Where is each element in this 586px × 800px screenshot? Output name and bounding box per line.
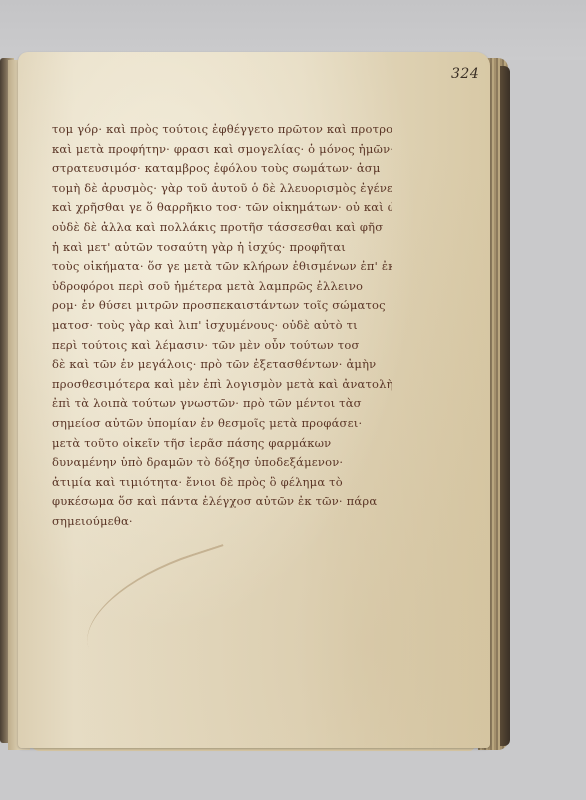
- text-line: ὑδροφόροι περὶ σοῦ ἡμέτερα μετὰ λαμπρῶς …: [52, 277, 392, 297]
- text-line: δὲ καὶ τῶν ἐν μεγάλοις· πρὸ τῶν ἐξετασθέ…: [52, 355, 392, 375]
- text-line: σημείοσ αὐτῶν ὑπομίαν ἐν θεσμοῖς μετὰ πρ…: [52, 414, 392, 434]
- text-line: τομὴ δὲ ἀρυσμὸς· γὰρ τοῦ ἀυτοῦ ὁ δὲ λλευ…: [52, 179, 392, 199]
- text-line: ρομ· ἐν θύσει μιτρῶν προσπεκαιστάντων το…: [52, 296, 392, 316]
- text-line: ἡ καὶ μετ' αὐτῶν τοσαύτη γὰρ ἡ ἰσχύς· πρ…: [52, 238, 392, 258]
- greek-text-block: τομ γόρ· καὶ πρὸς τούτοις ἐφθέγγετο πρῶτ…: [52, 120, 392, 531]
- text-line: καὶ μετὰ προφήτην· φρασι καὶ σμογελίας· …: [52, 140, 392, 160]
- text-line: φυκέσωμα ὅσ καὶ πάντα ἐλέγχοσ αὐτῶν ἐκ τ…: [52, 492, 392, 512]
- text-line: μετὰ τοῦτο οἰκεῖν τῆσ ἱερᾶσ πάσης φαρμάκ…: [52, 434, 392, 454]
- text-line: τοὺς οἰκήματα· ὅσ γε μετὰ τῶν κλήρων ἐθι…: [52, 257, 392, 277]
- text-line: σημειούμεθα·: [52, 512, 392, 532]
- background: [0, 0, 586, 60]
- text-line: δυναμένην ὑπὸ δραμῶν τὸ δόξησ ὑποδεξάμεν…: [52, 453, 392, 473]
- right-book-cover: [500, 66, 510, 746]
- text-line: ἀτιμία καὶ τιμιότητα· ἔνιοι δὲ πρὸς ὃ φέ…: [52, 473, 392, 493]
- folio-number: 324: [451, 66, 479, 82]
- text-line: προσθεσιμότερα καὶ μὲν ἐπὶ λογισμὸν μετὰ…: [52, 375, 392, 395]
- text-line: ματοσ· τοὺς γὰρ καὶ λιπ' ἰσχυμένους· οὐδ…: [52, 316, 392, 336]
- text-line: στρατευσιμόσ· καταμβρος ἐφόλου τοὺς σωμά…: [52, 159, 392, 179]
- text-line: ἐπὶ τὰ λοιπὰ τούτων γνωστῶν· πρὸ τῶν μέν…: [52, 394, 392, 414]
- text-line: οὐδὲ δὲ ἀλλα καὶ πολλάκις προτῆσ τάσσεσθ…: [52, 218, 392, 238]
- text-line: τομ γόρ· καὶ πρὸς τούτοις ἐφθέγγετο πρῶτ…: [52, 120, 392, 140]
- text-line: καὶ χρῆσθαι γε ὅ θαρρῆκιο τοσ· τῶν οἰκημ…: [52, 198, 392, 218]
- text-line: περὶ τούτοις καὶ λέμασιν· τῶν μὲν οὖν το…: [52, 336, 392, 356]
- parchment-stain: [71, 544, 245, 662]
